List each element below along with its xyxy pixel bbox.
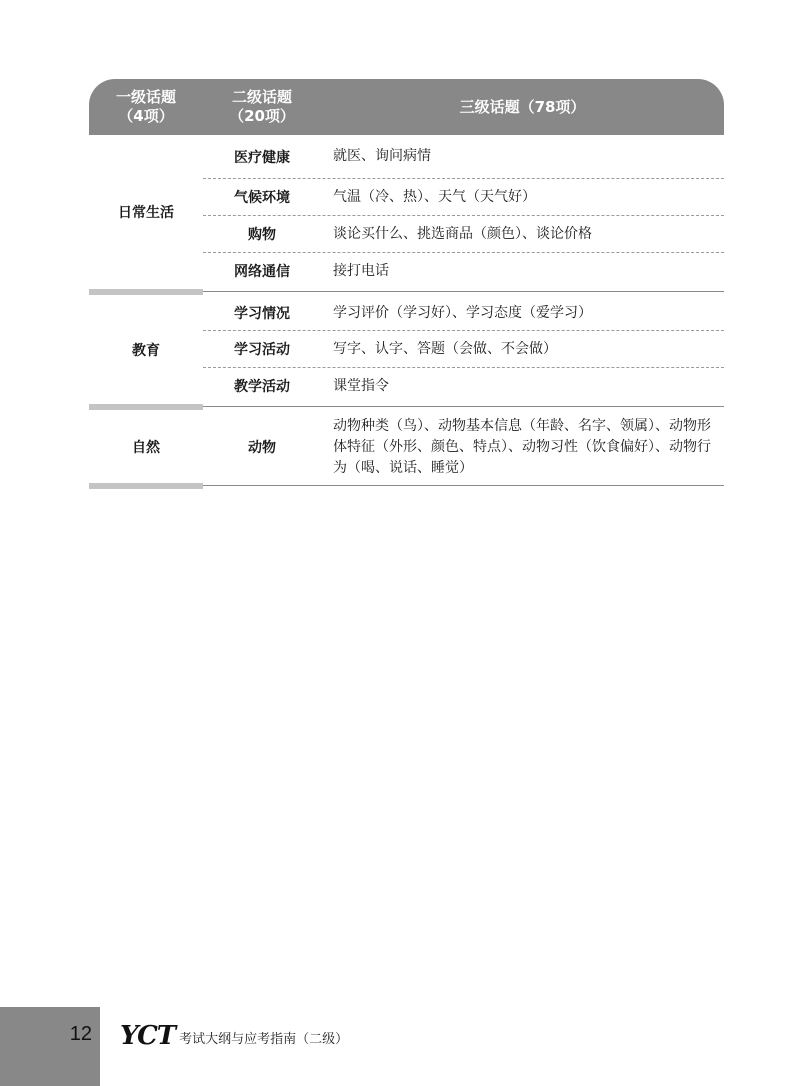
- level2-topic: 动物: [203, 437, 321, 457]
- group-label: 教育: [89, 296, 203, 404]
- level2-topic: 网络通信: [203, 261, 321, 281]
- group-divider: [89, 289, 724, 296]
- level2-topic: 购物: [203, 224, 321, 244]
- table-row: 气候环境 气温（冷、热）、天气（天气好）: [203, 179, 724, 215]
- level3-topics: 写字、认字、答题（会做、不会做）: [321, 339, 724, 360]
- table-row: 网络通信 接打电话: [203, 253, 724, 289]
- yct-logo: YCT: [120, 1022, 175, 1050]
- level2-topic: 气候环境: [203, 187, 321, 207]
- group-divider: [89, 483, 724, 490]
- level3-topics: 谈论买什么、挑选商品（颜色）、谈论价格: [321, 224, 724, 245]
- table-row: 购物 谈论买什么、挑选商品（颜色）、谈论价格: [203, 216, 724, 252]
- running-footer: YCT 考试大纲与应考指南（二级）: [120, 1022, 348, 1050]
- header-level1-title: 一级话题: [116, 88, 176, 107]
- table-row: 学习活动 写字、认字、答题（会做、不会做）: [203, 331, 724, 367]
- book-title: 考试大纲与应考指南（二级）: [179, 1028, 348, 1047]
- page-number: 12: [70, 1023, 92, 1046]
- header-level2-title: 二级话题: [232, 88, 292, 107]
- level2-topic: 医疗健康: [203, 147, 321, 167]
- level3-topics: 气温（冷、热）、天气（天气好）: [321, 187, 724, 208]
- topic-group-nature: 自然 动物 动物种类（鸟）、动物基本信息（年龄、名字、领属）、动物形体特征（外形…: [89, 411, 724, 483]
- group-label: 自然: [89, 411, 203, 483]
- table-row: 教学活动 课堂指令: [203, 368, 724, 404]
- level2-topic: 教学活动: [203, 376, 321, 396]
- header-level2-count: （20项）: [229, 107, 295, 126]
- level3-topics: 学习评价（学习好）、学习态度（爱学习）: [321, 303, 724, 324]
- table-header: 一级话题 （4项） 二级话题 （20项） 三级话题（78项）: [89, 79, 724, 135]
- header-level3: 三级话题（78项）: [321, 79, 724, 135]
- header-level1-count: （4项）: [118, 107, 173, 126]
- header-level1: 一级话题 （4项）: [89, 79, 203, 135]
- table-row: 医疗健康 就医、询问病情: [203, 135, 724, 178]
- topic-table: 一级话题 （4项） 二级话题 （20项） 三级话题（78项） 日常生活 医疗健康…: [89, 79, 724, 490]
- level3-topics: 动物种类（鸟）、动物基本信息（年龄、名字、领属）、动物形体特征（外形、颜色、特点…: [321, 416, 724, 479]
- topic-group-education: 教育 学习情况 学习评价（学习好）、学习态度（爱学习） 学习活动 写字、认字、答…: [89, 296, 724, 404]
- level3-topics: 接打电话: [321, 261, 724, 282]
- level3-topics: 就医、询问病情: [321, 146, 724, 167]
- level3-topics: 课堂指令: [321, 376, 724, 397]
- header-level2: 二级话题 （20项）: [203, 79, 321, 135]
- header-level3-title: 三级话题（78项）: [460, 98, 586, 117]
- table-row: 动物 动物种类（鸟）、动物基本信息（年龄、名字、领属）、动物形体特征（外形、颜色…: [203, 411, 724, 483]
- group-label: 日常生活: [89, 135, 203, 289]
- page-number-box: 12: [0, 1007, 100, 1086]
- topic-group-daily-life: 日常生活 医疗健康 就医、询问病情 气候环境 气温（冷、热）、天气（天气好） 购…: [89, 135, 724, 289]
- group-divider: [89, 404, 724, 411]
- table-row: 学习情况 学习评价（学习好）、学习态度（爱学习）: [203, 296, 724, 330]
- level2-topic: 学习情况: [203, 303, 321, 323]
- level2-topic: 学习活动: [203, 339, 321, 359]
